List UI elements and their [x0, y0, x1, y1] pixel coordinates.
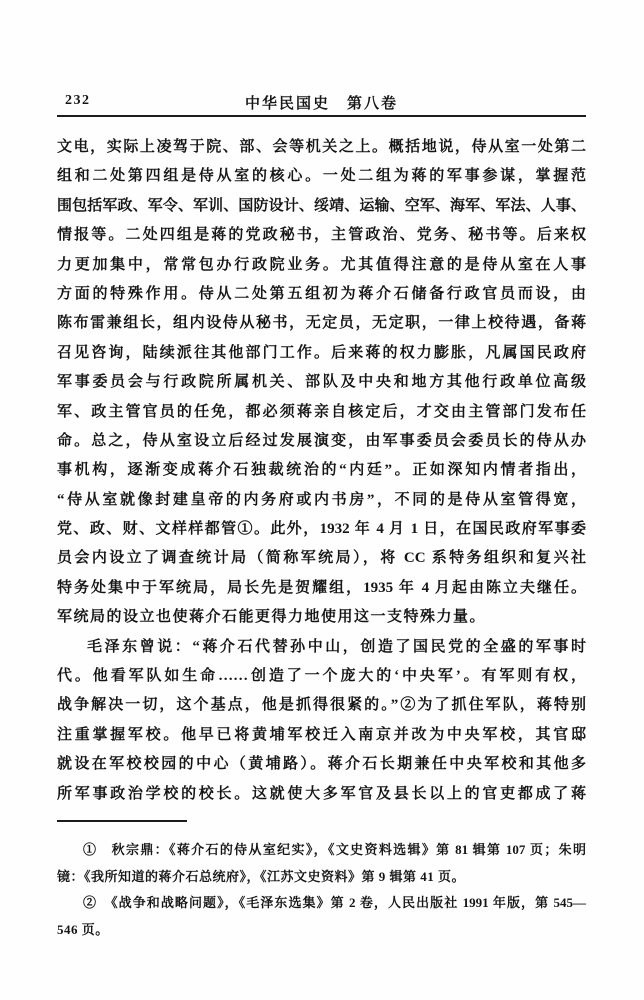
body-text-line: 命。总之，侍从室设立后经过发展演变，由军事委员会委员长的侍从办 — [57, 427, 586, 456]
body-text-line: 方面的特殊作用。侍从二处第五组初为蒋介石储备行政官员而设，由 — [57, 280, 586, 309]
body-text-line: 战争解决一切，这个基点，他是抓得很紧的。”②为了抓住军队，蒋特别 — [57, 691, 586, 720]
footnote-line: 546 页。 — [57, 917, 586, 944]
body-text-line: 情报等。二处四组是蒋的党政秘书，主管政治、党务、秘书等。后来权 — [57, 221, 586, 250]
body-text-line: 特务处集中于军统局，局长先是贺耀组，1935 年 4 月起由陈立夫继任。 — [57, 574, 586, 603]
footnotes: ① 秋宗鼎：《蒋介石的侍从室纪实》，《文史资料选辑》第 81 辑第 107 页；… — [57, 837, 586, 943]
footnote-line: ① 秋宗鼎：《蒋介石的侍从室纪实》，《文史资料选辑》第 81 辑第 107 页；… — [57, 837, 586, 864]
running-header: 232 中华民国史 第八卷 — [57, 92, 586, 114]
footnote-line: ② 《战争和战略问题》，《毛泽东选集》第 2 卷，人民出版社 1991 年版，第… — [57, 890, 586, 917]
page-number: 232 — [65, 93, 91, 109]
running-header-title: 中华民国史 第八卷 — [57, 92, 586, 113]
body-text-line: 文电，实际上凌驾于院、部、会等机关之上。概括地说，侍从室一处第二 — [57, 133, 586, 162]
body-text-line: 力更加集中，常常包办行政院业务。尤其值得注意的是侍从室在人事 — [57, 251, 586, 280]
body-text-line: 就设在军校校园的中心（黄埔路）。蒋介石长期兼任中央军校和其他多 — [57, 750, 586, 779]
book-page: 232 中华民国史 第八卷 文电，实际上凌驾于院、部、会等机关之上。概括地说，侍… — [0, 0, 644, 1000]
body-text-line: 召见咨询，陆续派往其他部门工作。后来蒋的权力膨胀，凡属国民政府 — [57, 339, 586, 368]
body-text-line: 注重掌握军校。他早已将黄埔军校迁入南京并改为中央军校，其官邸 — [57, 721, 586, 750]
body-text-line: 军、政主管官员的任免，都必须蒋亲自核定后，才交由主管部门发布任 — [57, 398, 586, 427]
body-text-line: 所军事政治学校的校长。这就使大多军官及县长以上的官吏都成了蒋 — [57, 780, 586, 809]
header-rule — [57, 115, 586, 117]
body-text-line: “侍从室就像封建皇帝的内务府或内书房”，不同的是侍从室管得宽， — [57, 486, 586, 515]
body-text-line: 军统局的设立也使蒋介石能更得力地使用这一支特殊力量。 — [57, 603, 586, 632]
footnote-line: 镜：《我所知道的蒋介石总统府》，《江苏文史资料》第 9 辑第 41 页。 — [57, 864, 586, 891]
body-text-line: 陈布雷兼组长，组内设侍从秘书，无定员，无定职，一律上校待遇，备蒋 — [57, 309, 586, 338]
body-text-line: 围包括军政、军令、军训、国防设计、绥靖、运输、空军、海军、军法、人事、 — [57, 192, 586, 221]
body-text-line: 党、政、财、文样样都管①。此外，1932 年 4 月 1 日，在国民政府军事委 — [57, 515, 586, 544]
body-text: 文电，实际上凌驾于院、部、会等机关之上。概括地说，侍从室一处第二 组和二处第四组… — [57, 133, 586, 809]
body-text-line: 毛泽东曾说：“蒋介石代替孙中山，创造了国民党的全盛的军事时 — [57, 633, 586, 662]
body-text-line: 事机构，逐渐变成蒋介石独裁统治的“内廷”。正如深知内情者指出， — [57, 456, 586, 485]
body-text-line: 代。他看军队如生命……创造了一个庞大的‘中央军’。有军则有权， — [57, 662, 586, 691]
body-text-line: 组和二处第四组是侍从室的核心。一处二组为蒋的军事参谋，掌握范 — [57, 162, 586, 191]
body-text-line: 员会内设立了调查统计局（简称军统局），将 CC 系特务组织和复兴社 — [57, 544, 586, 573]
body-text-line: 军事委员会与行政院所属机关、部队及中央和地方其他行政单位高级 — [57, 368, 586, 397]
footnote-separator — [57, 820, 187, 822]
